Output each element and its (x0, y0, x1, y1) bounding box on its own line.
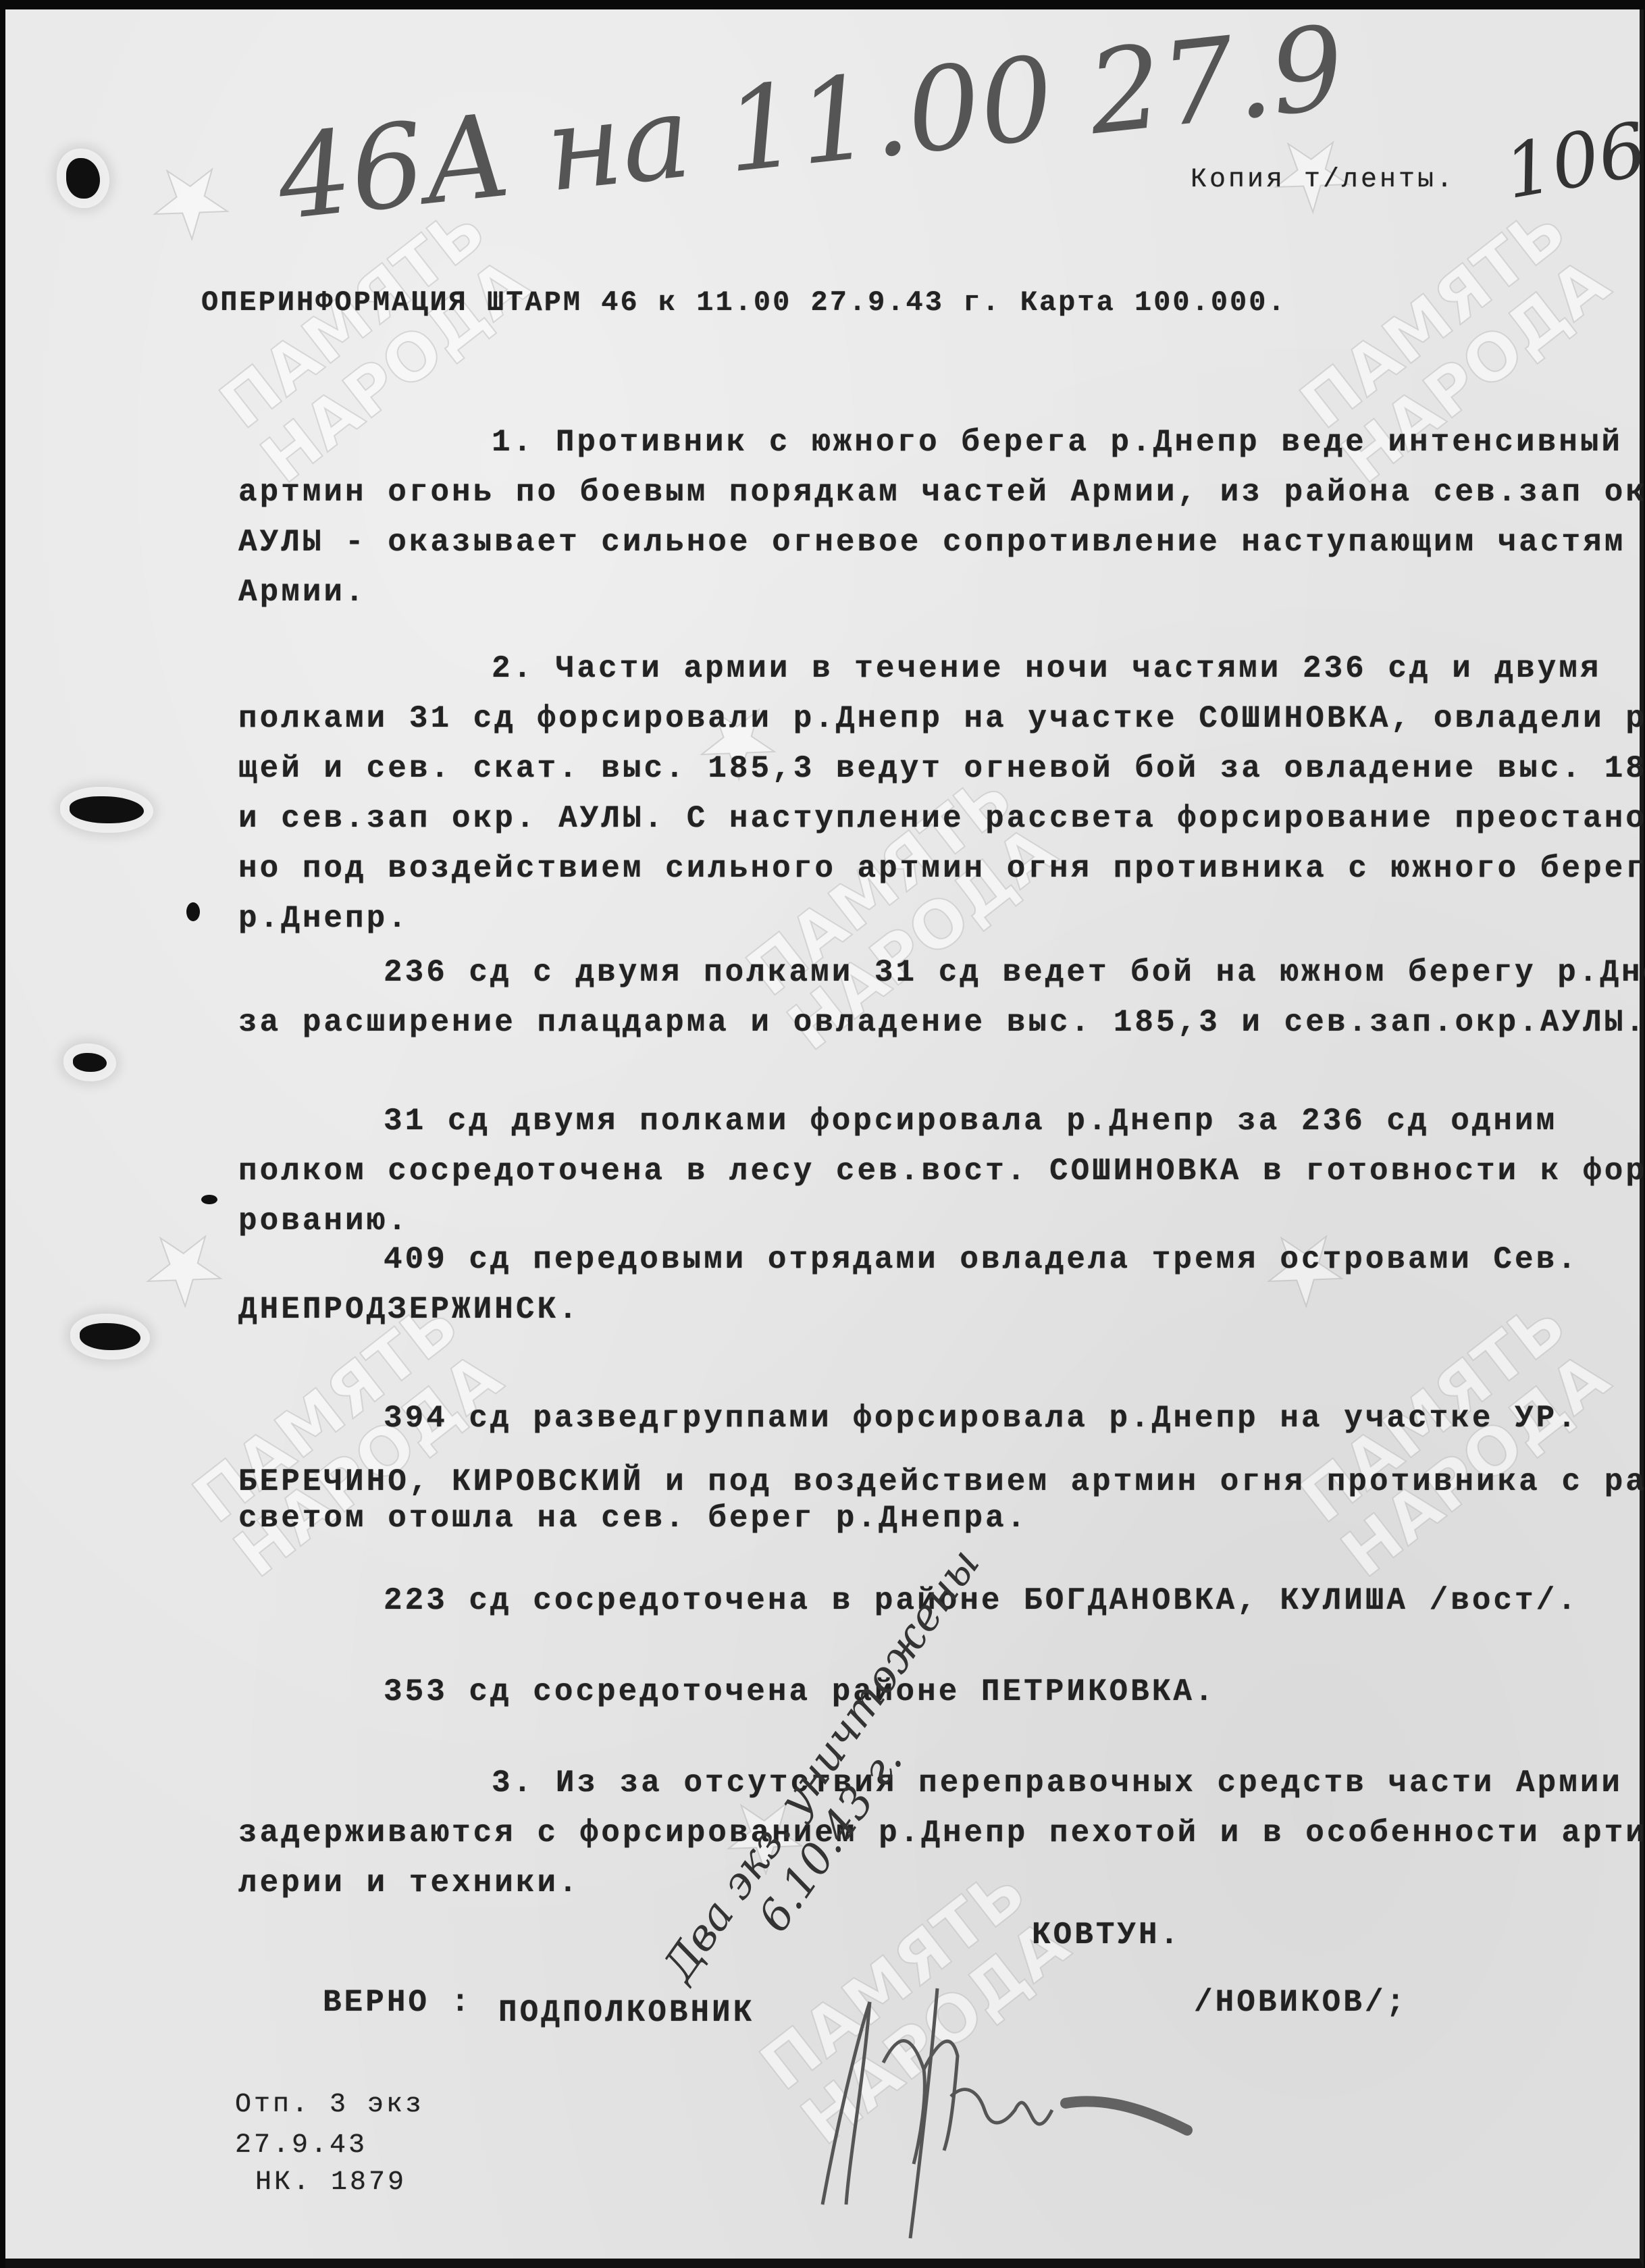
paragraph-line: Армии. (238, 575, 367, 610)
watermark: ПАМЯТЬ НАРОДА (208, 194, 540, 495)
document-page: ★ ПАМЯТЬ НАРОДА ★ ПАМЯТЬ НАРОДА ★ ПАМЯТЬ… (5, 9, 1644, 2268)
paragraph-first-line: 31 сд двумя полками форсировала р.Днепр … (384, 1104, 1557, 1139)
paragraph-first-line: 394 сд разведгруппами форсировала р.Днеп… (384, 1401, 1579, 1436)
punch-hole (80, 1323, 140, 1350)
ink-speck (186, 902, 200, 921)
verified-label: ВЕРНО : (323, 1985, 472, 2020)
paragraph-line: полком сосредоточена в лесу сев.вост. СО… (238, 1154, 1645, 1189)
paragraph-first-line: 409 сд передовыми отрядами овладела трем… (384, 1242, 1579, 1277)
paragraph-first-line: 3. Из за отсутствия переправочных средст… (492, 1766, 1623, 1801)
officer-rank: ПОДПОЛКОВНИК (498, 1995, 754, 2030)
watermark-star-icon: ★ (115, 1197, 250, 1337)
sheet-number: 106 (1498, 106, 1645, 216)
commander-name: КОВТУН. (1032, 1917, 1181, 1953)
ink-speck (201, 1195, 217, 1204)
paragraph-line: но под воздействием сильного артмин огня… (238, 851, 1645, 886)
punch-hole (70, 796, 144, 823)
copy-label: Копия т/ленты. (1191, 165, 1455, 195)
paragraph-line: светом отошла на сев. берег р.Днепра. (238, 1501, 1028, 1536)
paragraph-line: и сев.зап окр. АУЛЫ. С наступление рассв… (238, 801, 1645, 836)
watermark-star-icon: ★ (669, 671, 804, 810)
watermark: ПАМЯТЬ НАРОДА (1288, 1288, 1621, 1589)
watermark-star-icon: ★ (122, 130, 257, 269)
paragraph-line: полками 31 сд форсировали р.Днепр на уча… (238, 701, 1645, 736)
punch-hole (73, 1053, 107, 1072)
handwritten-header-note: 46А на 11.00 27.9 (271, 1, 1351, 247)
copies-count: Отп. 3 экз (235, 2090, 424, 2120)
paragraph-line: БЕРЕЧИНО, КИРОВСКИЙ и под воздействием а… (238, 1464, 1645, 1499)
footer-date: 27.9.43 (235, 2130, 367, 2161)
paragraph-first-line: 353 сд сосредоточена районе ПЕТРИКОВКА. (384, 1674, 1216, 1709)
paragraph-line: АУЛЫ - оказывает сильное огневое сопроти… (238, 525, 1625, 560)
paragraph-first-line: 1. Противник с южного берега р.Днепр вед… (492, 425, 1623, 460)
document-title: ОПЕРИНФОРМАЦИЯ ШТАРМ 46 к 11.00 27.9.43 … (201, 286, 1287, 319)
handwritten-signature (782, 1961, 1201, 2245)
watermark: ПАМЯТЬ НАРОДА (181, 1288, 513, 1589)
officer-name: /НОВИКОВ/; (1194, 1985, 1407, 2020)
paragraph-line: щей и сев. скат. выс. 185,3 ведут огнево… (238, 751, 1645, 786)
paragraph-line: р.Днепр. (238, 901, 409, 936)
paragraph-line: ДНЕПРОДЗЕРЖИНСК. (238, 1292, 580, 1327)
paragraph-first-line: 2. Части армии в течение ночи частями 23… (492, 651, 1601, 686)
paragraph-line: за расширение плацдарма и овладение выс.… (238, 1005, 1645, 1040)
paragraph-line: артмин огонь по боевым порядкам частей А… (238, 475, 1645, 510)
punch-hole (66, 158, 100, 199)
paragraph-line: задерживаются с форсированием р.Днепр пе… (238, 1815, 1645, 1851)
paragraph-line: лерии и техники. (238, 1865, 580, 1901)
paragraph-line: рованию. (238, 1204, 409, 1239)
reference-number: НК. 1879 (255, 2167, 407, 2198)
paragraph-first-line: 236 сд с двумя полками 31 сд ведет бой н… (384, 955, 1645, 990)
